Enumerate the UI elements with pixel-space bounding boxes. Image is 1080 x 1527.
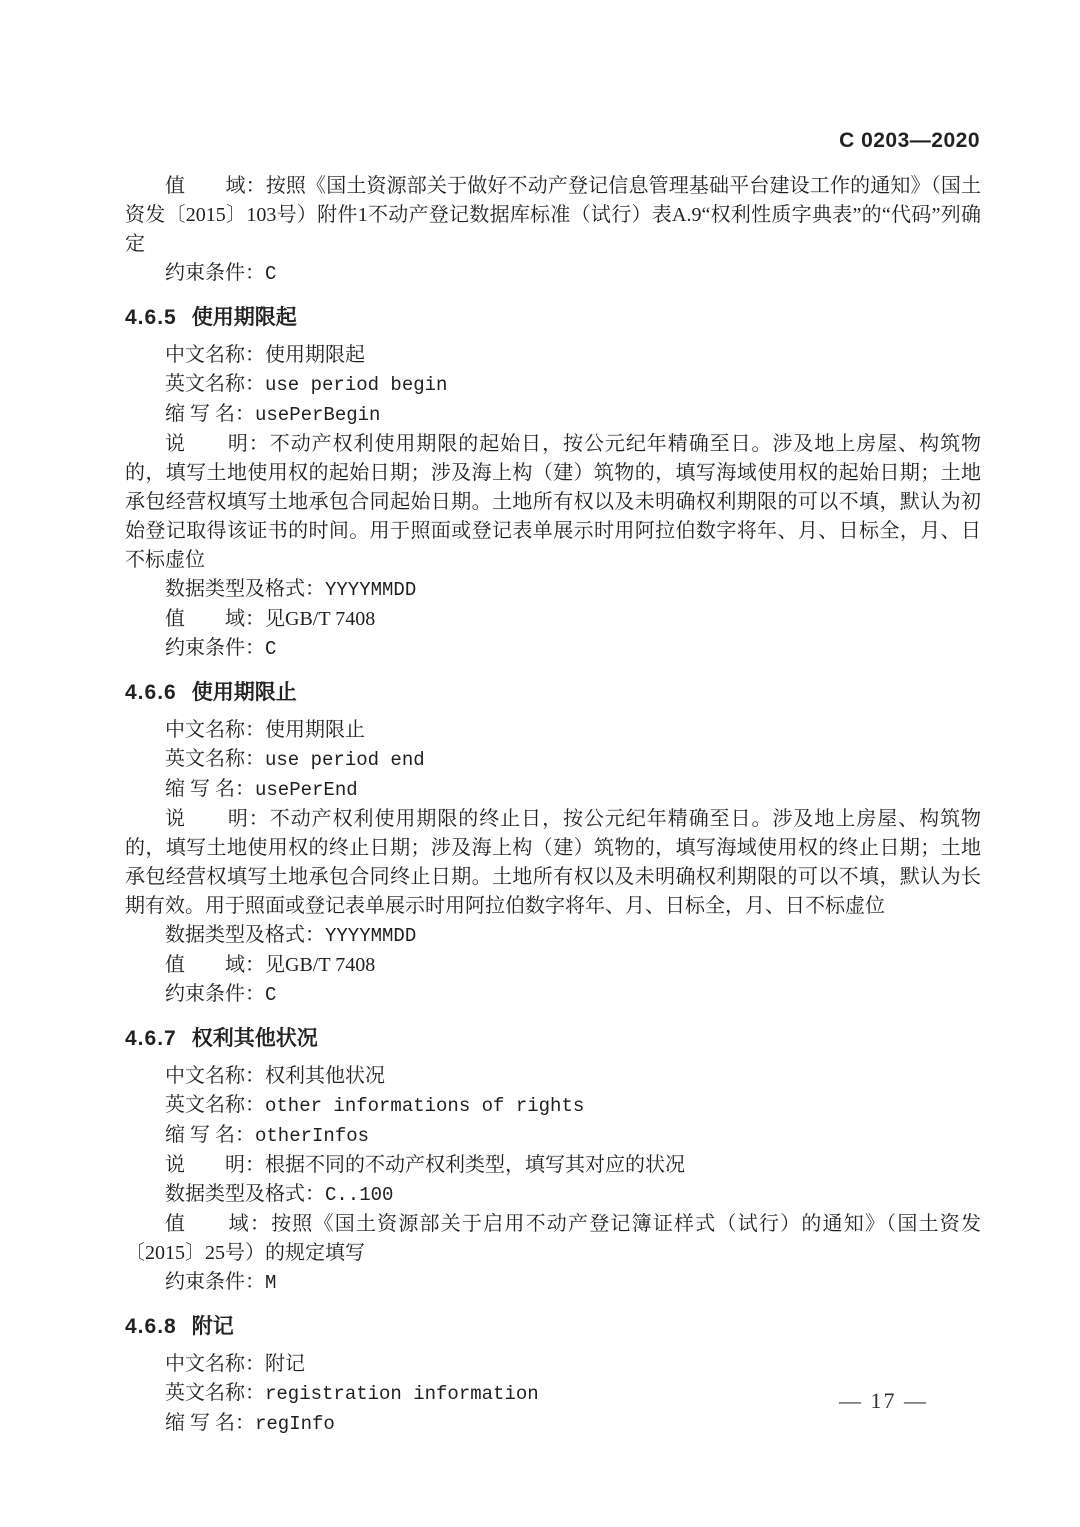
field-label: 值 域： xyxy=(165,954,265,976)
section-4-6-5: 4.6.5使用期限起 中文名称：使用期限起 英文名称：use period be… xyxy=(125,303,981,664)
field-label: 约束条件： xyxy=(165,262,265,284)
field-value: 使用期限止 xyxy=(265,719,365,741)
section-number: 4.6.8 xyxy=(125,1315,177,1338)
intro-value-domain: 值 域：按照《国土资源部关于做好不动产登记信息管理基础平台建设工作的通知》（国土… xyxy=(125,172,981,259)
field-label: 缩 写 名： xyxy=(165,1412,255,1434)
field-label: 值 域： xyxy=(165,175,266,197)
field-value: 附记 xyxy=(265,1353,305,1375)
field-abbreviation: 缩 写 名：usePerBegin xyxy=(125,400,981,430)
field-value: usePerEnd xyxy=(255,779,358,801)
field-value: otherInfos xyxy=(255,1125,369,1147)
field-value: 见GB/T 7408 xyxy=(265,954,375,976)
field-value: registration information xyxy=(265,1383,539,1405)
field-value: use period end xyxy=(265,749,425,771)
field-label: 缩 写 名： xyxy=(165,1124,255,1146)
section-title: 使用期限起 xyxy=(192,306,297,329)
field-value: C..100 xyxy=(325,1184,393,1206)
field-label: 约束条件： xyxy=(165,637,265,659)
field-label: 约束条件： xyxy=(165,1271,265,1293)
section-number: 4.6.5 xyxy=(125,306,177,329)
field-value-domain: 值 域：按照《国土资源部关于启用不动产登记簿证样式（试行）的通知》（国土资发〔2… xyxy=(125,1210,981,1268)
section-title: 附记 xyxy=(192,1315,234,1338)
field-label: 英文名称： xyxy=(165,1382,265,1404)
section-heading: 4.6.7权利其他状况 xyxy=(125,1024,981,1053)
page-number: — 17 — xyxy=(839,1388,928,1414)
field-label: 说 明： xyxy=(165,1154,265,1176)
section-4-6-8: 4.6.8附记 中文名称：附记 英文名称：registration inform… xyxy=(125,1312,981,1439)
field-label: 数据类型及格式： xyxy=(165,1183,325,1205)
field-chinese-name: 中文名称：使用期限起 xyxy=(125,341,981,370)
field-value: C xyxy=(265,263,276,285)
section-4-6-7: 4.6.7权利其他状况 中文名称：权利其他状况 英文名称：other infor… xyxy=(125,1024,981,1298)
field-value: regInfo xyxy=(255,1413,335,1435)
field-value: YYYYMMDD xyxy=(325,579,416,601)
field-english-name: 英文名称：other informations of rights xyxy=(125,1091,981,1121)
section-heading: 4.6.5使用期限起 xyxy=(125,303,981,332)
field-value: 权利其他状况 xyxy=(265,1065,385,1087)
section-number: 4.6.6 xyxy=(125,681,177,704)
field-label: 数据类型及格式： xyxy=(165,924,325,946)
field-value: use period begin xyxy=(265,374,447,396)
field-label: 中文名称： xyxy=(165,344,265,366)
field-label: 英文名称： xyxy=(165,1094,265,1116)
field-chinese-name: 中文名称：权利其他状况 xyxy=(125,1062,981,1091)
field-data-type: 数据类型及格式：YYYYMMDD xyxy=(125,921,981,951)
field-description: 说 明：根据不同的不动产权利类型，填写其对应的状况 xyxy=(125,1151,981,1180)
intro-constraint: 约束条件：C xyxy=(125,259,981,289)
field-value: 见GB/T 7408 xyxy=(265,608,375,630)
field-value: C xyxy=(265,638,276,660)
field-label: 英文名称： xyxy=(165,748,265,770)
field-abbreviation: 缩 写 名：otherInfos xyxy=(125,1121,981,1151)
field-chinese-name: 中文名称：附记 xyxy=(125,1350,981,1379)
field-label: 缩 写 名： xyxy=(165,778,255,800)
field-value: usePerBegin xyxy=(255,404,380,426)
field-value: 使用期限起 xyxy=(265,344,365,366)
field-constraint: 约束条件：M xyxy=(125,1268,981,1298)
field-data-type: 数据类型及格式：C..100 xyxy=(125,1180,981,1210)
field-value: 根据不同的不动产权利类型，填写其对应的状况 xyxy=(265,1154,685,1176)
field-label: 缩 写 名： xyxy=(165,403,255,425)
field-label: 值 域： xyxy=(165,608,265,630)
section-number: 4.6.7 xyxy=(125,1027,177,1050)
field-value: M xyxy=(265,1272,276,1294)
field-data-type: 数据类型及格式：YYYYMMDD xyxy=(125,575,981,605)
field-constraint: 约束条件：C xyxy=(125,634,981,664)
field-label: 值 域： xyxy=(165,1213,271,1235)
field-description: 说 明：不动产权利使用期限的终止日，按公元纪年精确至日。涉及地上房屋、构筑物的，… xyxy=(125,805,981,921)
section-title: 权利其他状况 xyxy=(192,1027,318,1050)
field-label: 英文名称： xyxy=(165,373,265,395)
field-abbreviation: 缩 写 名：usePerEnd xyxy=(125,775,981,805)
section-heading: 4.6.8附记 xyxy=(125,1312,981,1341)
field-value: C xyxy=(265,984,276,1006)
field-english-name: 英文名称：use period end xyxy=(125,745,981,775)
field-label: 约束条件： xyxy=(165,983,265,1005)
field-value: other informations of rights xyxy=(265,1095,584,1117)
page-content: 值 域：按照《国土资源部关于做好不动产登记信息管理基础平台建设工作的通知》（国土… xyxy=(125,172,981,1439)
field-chinese-name: 中文名称：使用期限止 xyxy=(125,716,981,745)
standard-code-header: C 0203—2020 xyxy=(839,129,980,153)
field-label: 说 明： xyxy=(165,433,270,455)
field-constraint: 约束条件：C xyxy=(125,980,981,1010)
section-title: 使用期限止 xyxy=(192,681,297,704)
field-label: 中文名称： xyxy=(165,719,265,741)
field-description: 说 明：不动产权利使用期限的起始日，按公元纪年精确至日。涉及地上房屋、构筑物的，… xyxy=(125,430,981,575)
field-label: 数据类型及格式： xyxy=(165,578,325,600)
field-label: 说 明： xyxy=(165,808,270,830)
field-english-name: 英文名称：use period begin xyxy=(125,370,981,400)
section-4-6-6: 4.6.6使用期限止 中文名称：使用期限止 英文名称：use period en… xyxy=(125,678,981,1010)
section-heading: 4.6.6使用期限止 xyxy=(125,678,981,707)
field-label: 中文名称： xyxy=(165,1353,265,1375)
document-page: C 0203—2020 值 域：按照《国土资源部关于做好不动产登记信息管理基础平… xyxy=(0,0,1080,1527)
field-label: 中文名称： xyxy=(165,1065,265,1087)
field-value-domain: 值 域：见GB/T 7408 xyxy=(125,605,981,634)
field-value-domain: 值 域：见GB/T 7408 xyxy=(125,951,981,980)
field-value: YYYYMMDD xyxy=(325,925,416,947)
